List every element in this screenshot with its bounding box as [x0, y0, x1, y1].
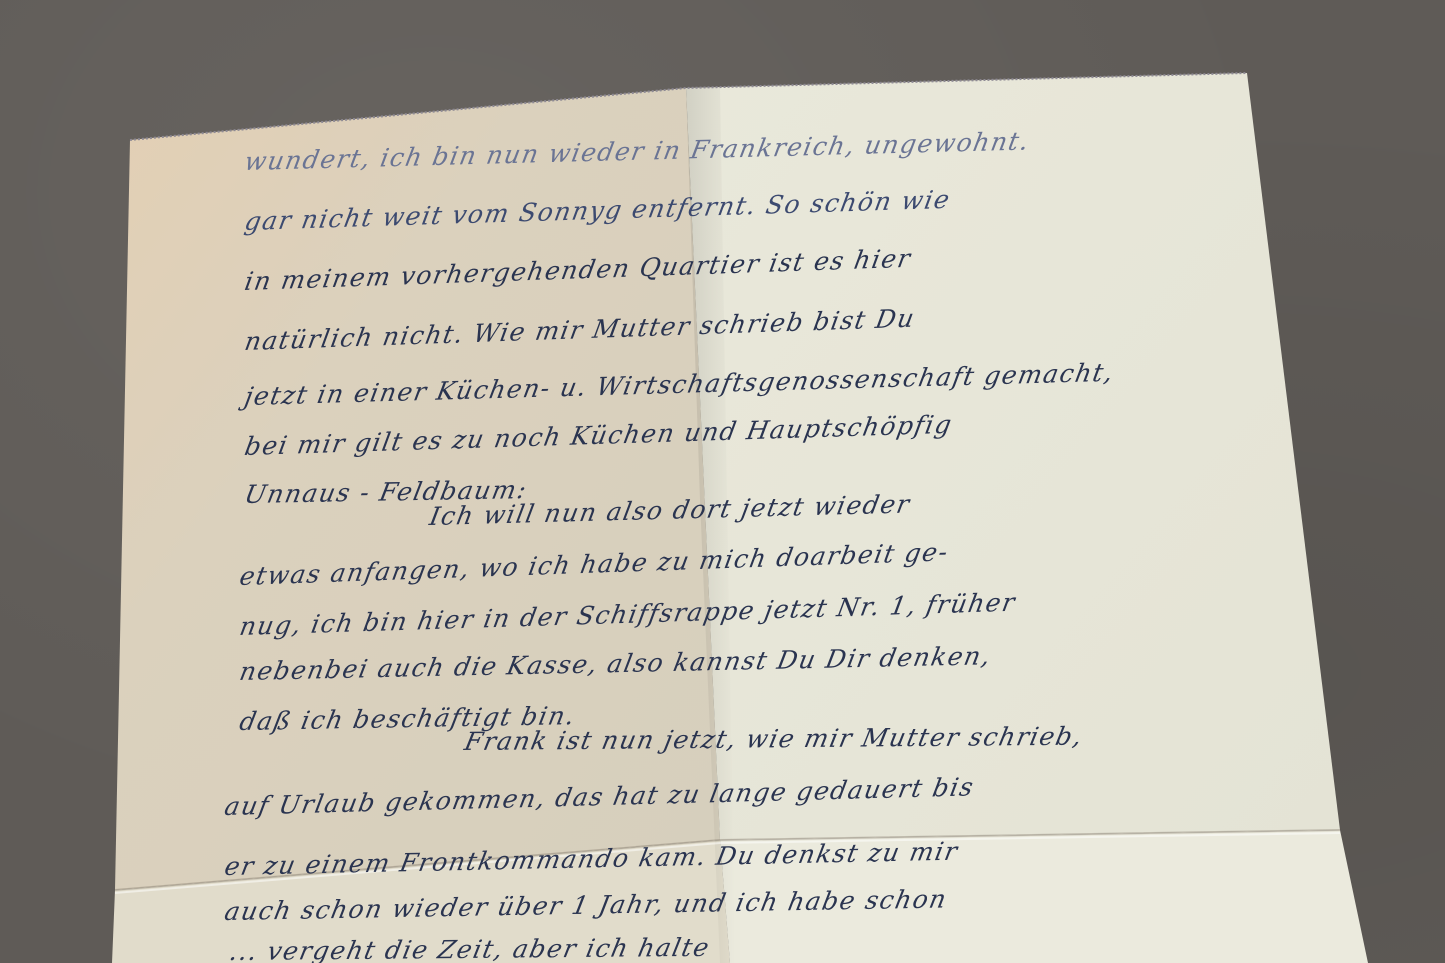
handwritten-line: auf Urlaub gekommen, das hat zu lange ge… [222, 772, 977, 821]
handwritten-line: natürlich nicht. Wie mir Mutter schrieb … [242, 304, 917, 357]
handwriting-area: wundert, ich bin nun wieder in Frankreic… [0, 0, 1445, 963]
photo-scene: wundert, ich bin nun wieder in Frankreic… [0, 0, 1445, 963]
handwritten-line: er zu einem Frontkommando kam. Du denkst… [222, 837, 961, 881]
handwritten-line: nebenbei auch die Kasse, also kannst Du … [237, 641, 994, 686]
handwritten-line: Frank ist nun jetzt, wie mir Mutter schr… [462, 722, 1086, 756]
handwritten-line: bei mir gilt es zu noch Küchen und Haupt… [242, 410, 955, 461]
handwritten-line: gar nicht weit vom Sonnyg entfernt. So s… [242, 185, 953, 236]
handwritten-line: in meinem vorhergehenden Quartier ist es… [242, 244, 913, 296]
handwritten-line: nug, ich bin hier in der Schiffsrappe je… [237, 588, 1018, 642]
handwritten-line: auch schon wieder über 1 Jahr, und ich h… [222, 884, 950, 926]
handwritten-line: etwas anfangen, wo ich habe zu mich doar… [237, 537, 951, 591]
handwritten-line: jetzt in einer Küchen- u. Wirtschaftsgen… [242, 358, 1116, 411]
handwritten-line: wundert, ich bin nun wieder in Frankreic… [242, 126, 1032, 176]
handwritten-line: ... vergeht die Zeit, aber ich halte [227, 933, 713, 963]
